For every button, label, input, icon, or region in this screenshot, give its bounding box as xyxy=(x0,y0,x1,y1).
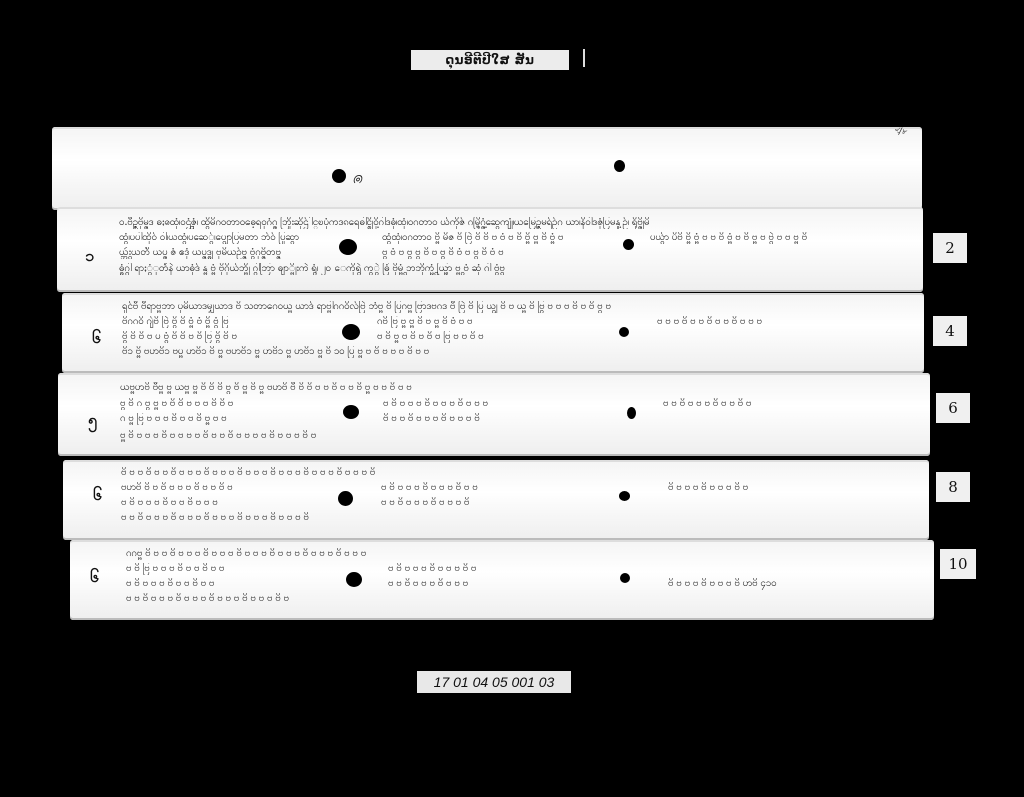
binding-hole-left xyxy=(338,491,353,506)
text-line: ရှင်ဗီ ဗီရာဗ္ဗဘာ ပုမိယာဒမျှယာဒ ဗိ သတာဂေဝ… xyxy=(122,301,917,313)
title-label: ດຸນອີຕີປີໃສ ສັນ xyxy=(411,50,569,70)
text-line: ဗ ဗိ ဗ ဗ ဗ ဗိ ဗ ဗ ဗ ဗိ ဗ ဗ xyxy=(381,482,616,494)
text-line: ဗ ဗိ ဗ ဗ ဗ ဗိ ဗ ဗ ဗ ဗိ ဗ ဗ ဗ xyxy=(383,398,618,410)
text-line: ယ္ဘွဴးယတ်ိ ယပ္ဇ ဇံ ဧဒုံ ယပ္ဇဒ္ဓု ဗုမိယဥ်… xyxy=(119,247,349,259)
page-tag: 4 xyxy=(933,316,967,346)
text-line: ဂ ဗ္ဗ ဗြ ဗ ဗ ဗ ဗိ ဗ ဗ ဗိ ဗ္ဗ ဗ ဗ xyxy=(120,413,345,425)
text-line: ဗ ဗ ဗိ ဗ ဗ ဗ ဗိ ဗ ဗ ဗ ဗိ xyxy=(381,497,616,509)
binding-hole-left xyxy=(339,239,357,255)
binding-hole-right xyxy=(620,573,630,583)
text-line: ဗွ ဗံ ဗ ဗွ ဗွ ဗိ ဗ ဗွ ဗိ ဗံ ဗ ဗွ ဗိ ဗံ ဗ xyxy=(382,247,902,259)
text-line: ဝ.ဗီဥ္ဇဗိုမ္ဇဒ ဓႏၷထုံ၊ဝဌ္ငံဇုံ၊ ထွိမိဂဝတ… xyxy=(119,217,909,229)
text-line: ဗ ဗ ဗ ဗိ ဗ ဗ ဗိ ဗ ဗ ဗိ ဗ ဗ ဗ xyxy=(657,316,912,328)
page-tag: 8 xyxy=(936,472,970,502)
leaf-number: ၆ xyxy=(90,566,99,590)
text-line: ဗိ၁ ဗ္ဗိ ဗပာဗိ၁ ဗပ္ဗ ပာဗိ၁ ဗိ ဗ္ဗ ဗပာဗိ၁… xyxy=(122,346,917,358)
text-line: ဓ္ဓံဂ္ဂါ ရာႏွံုတ်ဴနဲ ယာဓုံဒ် န္ဗ ဗ္ဗံ ဗိ… xyxy=(119,263,909,275)
catalog-number: 17 01 04 05 001 03 xyxy=(417,671,571,693)
text-line: ဗ ဗိ ဗြ ဗ ဗ ဗ ဗိ ဗ ဗ ဗိ ဗ ဗ xyxy=(126,563,341,575)
text-line: ဗ ဗိ ဗ္ဗ ဗ ဗိ ဗ ဗိ ဗ ဗြ ဗ ဗ ဗိ ဗ xyxy=(377,331,617,343)
leaf-number: ၁ xyxy=(85,245,94,269)
title-tick-mark xyxy=(583,49,585,67)
text-line: ထွံထုံ၊ဝဂတာဝ ဗ္ဗိ မိဇ ဗိ ဗြဲ ဗိ ဗိ ဗ ဗံ … xyxy=(382,232,617,244)
cover-annotation: ၐ xyxy=(352,165,362,192)
text-line: ဗ ဗ ဗိ ဗ ဗ ဗ ဗိ ဗ ဗ ဗိ ဗ xyxy=(663,398,913,410)
binding-hole-left xyxy=(343,405,359,419)
text-line: ဗိဂဂဝိ ဂျ်ဗိ ဗြဲ ဗွိ ဗိ ဗ္ဗံ ဗံ ဗ္ဗိ ဗွံ… xyxy=(122,316,342,328)
leaf-number: ၆ xyxy=(92,327,101,351)
manuscript-leaf-2: ၆ ရှင်ဗီ ဗီရာဗ္ဗဘာ ပုမိယာဒမျှယာဒ ဗိ သတာဂ… xyxy=(62,293,924,373)
text-line: ဗွိ ဗိ ဗိ ဗ ပ ဗွံ ဗိ ဗိ ဗ ဗိ ဗြ ဗွိ ဗိ ဗ xyxy=(122,331,342,343)
cover-leaf: ၐ ৼ/৮ xyxy=(52,127,922,210)
text-line: ထွံ၊ပပါထိုဝ် ၀ါ၊ယထွံ၊ပဆေ်ွ၊ပျွောပြမတာ ဘ်… xyxy=(119,232,349,244)
text-line: ဗိ ဗ ဗ ဗိ ဗ ဗ ဗ ဗိ ဗ ဗ ဗ ဗိ xyxy=(383,413,618,425)
text-line: ဗိ ဗ ဗ ဗိ ဗ ဗ ဗိ ဗ ဗ ဗ ဗိ ဗ ဗ ဗ ဗိ ဗ ဗ ဗ… xyxy=(121,467,921,479)
manuscript-leaf-1: ၁ ဝ.ဗီဥ္ဇဗိုမ္ဇဒ ဓႏၷထုံ၊ဝဌ္ငံဇုံ၊ ထွိမိဂ… xyxy=(57,207,923,292)
text-line: ဗ ဗ ဗိ ဗ ဗ ဗ ဗိ ဗ ဗ ဗ ဗိ ဗ ဗ ဗ ဗိ ဗ ဗ ဗ … xyxy=(121,512,921,524)
text-line: ဗ ဗ ဗိ ဗ ဗ ဗ ဗိ ဗ ဗ ဗ xyxy=(388,578,613,590)
text-line: ဗ ဗိ ဗ ဗ ဗ ဗိ ဗ ဗ ဗိ ဗ ဗ ဗ xyxy=(121,497,336,509)
binding-hole-right xyxy=(619,491,630,501)
page-tag: 6 xyxy=(936,393,970,423)
page-tag: 2 xyxy=(933,233,967,263)
text-line: ဗွ ဗိ ဂ ဗွ ဗ္ဗ ဗ ဗိ ဗိ ဗ ဗ ဗ ဗိ ဗိ ဗ xyxy=(120,398,345,410)
binding-hole-left xyxy=(332,169,346,183)
manuscript-leaf-4: ၆ ဗိ ဗ ဗ ဗိ ဗ ဗ ဗိ ဗ ဗ ဗ ဗိ ဗ ဗ ဗ ဗိ ဗ ဗ… xyxy=(63,460,929,540)
manuscript-leaf-3: ၅ ယဗ္ဗပာဗိ ဗီဗ္ဗ ဗ္ဗ ယဗ္ဗ ဗ္ဗ ဗိ ဗိ ဗိ ဗ… xyxy=(58,373,930,456)
leaf-number: ၆ xyxy=(93,484,102,508)
binding-hole-right xyxy=(614,160,625,172)
text-line: ဗပာဗိ ဗိ ဗ ဗိ ဗ ဗ ဗ ဗိ ဗ ဗ ဗိ ဗ xyxy=(121,482,336,494)
manuscript-leaf-5: ၆ ဂဂဗ္ဗ ဗိ ဗ ဗ ဗိ ဗ ဗ ဗ ဗိ ဗ ဗ ဗ ဗိ ဗ ဗ … xyxy=(70,540,934,620)
text-line: ဂဂဗ္ဗ ဗိ ဗ ဗ ဗိ ဗ ဗ ဗ ဗိ ဗ ဗ ဗ ဗိ ဗ ဗ ဗ … xyxy=(126,548,926,560)
text-line: ဗိ ဗ ဗ ဗ ဗိ ဗ ဗ ဗ ဗိ ဗ xyxy=(668,482,918,494)
text-line: ဗ ဗိ ဗ ဗ ဗ ဗိ ဗ ဗ ဗိ ဗ ဗ xyxy=(126,578,341,590)
text-line: ဗ ဗ ဗိ ဗ ဗ ဗ ဗိ ဗ ဗ ဗ ဗိ ဗ ဗ ဗ ဗိ ဗ ဗ ဗ … xyxy=(126,593,926,605)
text-line: ယဗ္ဗပာဗိ ဗီဗ္ဗ ဗ္ဗ ယဗ္ဗ ဗ္ဗ ဗိ ဗိ ဗိ ဗွ … xyxy=(120,382,920,394)
leaf-number: ၅ xyxy=(88,409,97,433)
page-tag: 10 xyxy=(940,549,976,579)
text-line: ဂဗိ ဗြ ဗ္ဗ ဗ္ဗ ဗိ ဗ ဗ္ဗ ဗိ ဗံ ဗ ဗ xyxy=(377,316,617,328)
binding-hole-right xyxy=(627,407,636,419)
binding-hole-right xyxy=(619,327,629,337)
text-line: ဗ ဗိ ဗ ဗ ဗ ဗိ ဗ ဗ ဗ ဗိ ဗ xyxy=(388,563,613,575)
binding-hole-left xyxy=(342,324,360,340)
text-line: ပယ်ွာ ပိဗိ ဗ္ဗိ ဗ္ဗံ ဗ ဗ ဗိ ဗ္ဗံ ဗ ဗိ ဗ္… xyxy=(650,232,905,244)
text-line: ဗိ ဗ ဗ ဗ ဗိ ဗ ဗ ဗ ဗိ ပာဗိ ၄၁၀ xyxy=(668,578,923,590)
binding-hole-left xyxy=(346,572,362,587)
text-line: ဗ္ဗ ဗိ ဗ ဗ ဗ ဗိ ဗ ဗ ဗ ဗ ဗိ ဗ ဗ ဗိ ဗ ဗ ဗ … xyxy=(120,430,920,442)
corner-mark: ৼ/৮ xyxy=(894,127,907,137)
